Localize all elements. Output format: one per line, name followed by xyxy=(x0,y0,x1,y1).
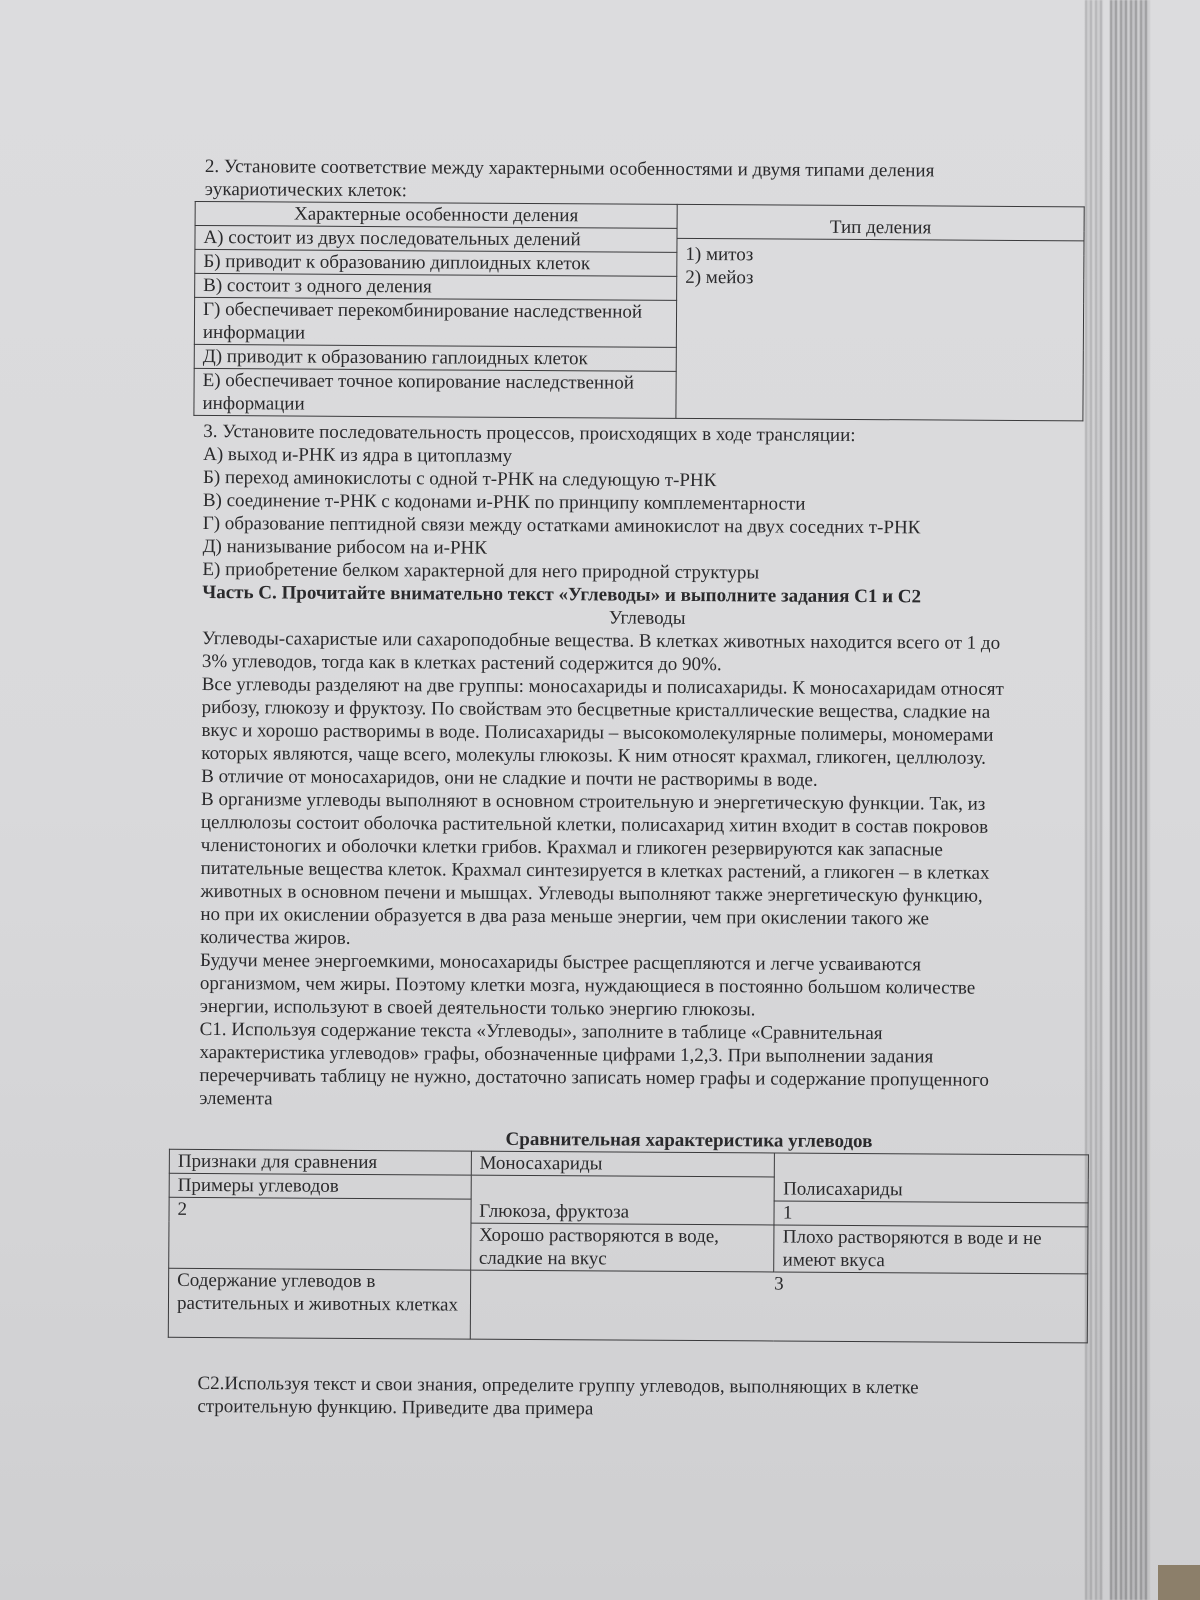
division-type: 2) мейоз xyxy=(685,266,1075,291)
division-matching-table: Характерные особенности деления Тип деле… xyxy=(193,201,1084,421)
document-content: 2. Установите соответствие между характе… xyxy=(197,155,1095,1423)
table-cell: 1 xyxy=(774,1201,1088,1227)
comparison-table: Признаки для сравнения Моносахариды Поли… xyxy=(168,1149,1089,1344)
desk-corner xyxy=(1158,1565,1200,1600)
task2-prompt: 2. Установите соответствие между характе… xyxy=(205,155,1065,206)
table-row: Д) приводит к образованию гаплоидных кле… xyxy=(194,344,676,371)
table-row: Г) обеспечивает перекомбинирование насле… xyxy=(194,297,676,347)
table-cell: Содержание углеводов в растительных и жи… xyxy=(168,1268,470,1339)
table-header: Полисахариды xyxy=(775,1153,1089,1203)
task-c1: С1. Используя содержание текста «Углевод… xyxy=(199,1018,1090,1115)
table-cell: 3 xyxy=(470,1270,1088,1343)
table-cell: Глюкоза, фруктоза xyxy=(471,1175,775,1225)
translation-steps-list: А) выход и-РНК из ядра в цитоплазму Б) п… xyxy=(202,443,1093,586)
table-row: В) состоит з одного деления xyxy=(195,273,677,300)
table-cell: Хорошо растворяются в воде, сладкие на в… xyxy=(470,1223,774,1272)
table-cell: Плохо растворяются в воде и не имеют вку… xyxy=(774,1225,1088,1274)
table-row: Б) приводит к образованию диплоидных кле… xyxy=(195,249,677,276)
carbohydrates-text: Углеводы-сахаристые или сахароподобные в… xyxy=(200,627,1092,1023)
table-row: А) состоит из двух последовательных деле… xyxy=(195,225,677,252)
text-line: строительную функцию. Приведите два прим… xyxy=(197,1395,1087,1423)
table-cell: 2 xyxy=(169,1197,471,1270)
table-header: Моносахариды xyxy=(471,1151,775,1177)
comparison-table-block: Сравнительная характеристика углеводов П… xyxy=(168,1126,1089,1344)
table-header: Признаки для сравнения xyxy=(169,1149,471,1175)
scan-streak xyxy=(1110,0,1150,1600)
table-row: Е) обеспечивает точное копирование насле… xyxy=(194,368,676,418)
task-c2: С2.Используя текст и свои знания, опреде… xyxy=(197,1372,1087,1423)
division-type: 1) митоз xyxy=(685,243,1075,268)
table-header: Тип деления xyxy=(677,205,1083,241)
table-cell: Примеры углеводов xyxy=(169,1173,471,1199)
document-page: 2. Установите соответствие между характе… xyxy=(0,0,1200,1600)
table-header: Характерные особенности деления xyxy=(195,201,677,228)
